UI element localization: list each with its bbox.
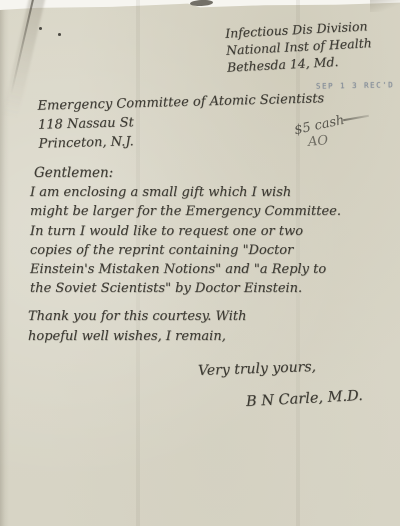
body-line: Thank you for this courtesy. With — [28, 307, 246, 327]
body-line: Einstein's Mistaken Notions" and "a Repl… — [30, 260, 341, 279]
body-line: copies of the reprint containing "Doctor — [30, 241, 341, 260]
staple-hole — [39, 27, 42, 30]
received-date-stamp: SEP 1 3 REC'D — [316, 80, 394, 90]
scanned-letter: Infectious Dis Division National Inst of… — [0, 0, 400, 526]
body-line: hopeful well wishes, I remain, — [28, 327, 246, 347]
sender-address-block: Infectious Dis Division National Inst of… — [225, 17, 373, 76]
body-line: might be larger for the Emergency Commit… — [30, 202, 341, 221]
staple-hole — [58, 33, 61, 36]
recipient-address-block: Emergency Committee of Atomic Scientists… — [37, 89, 325, 153]
body-paragraph-2: Thank you for this courtesy. With hopefu… — [28, 307, 246, 346]
body-line: the Soviet Scientists" by Doctor Einstei… — [30, 279, 341, 298]
body-line: In turn I would like to request one or t… — [30, 222, 341, 241]
body-paragraph-1: I am enclosing a small gift which I wish… — [30, 183, 341, 299]
body-line: I am enclosing a small gift which I wish — [30, 183, 341, 202]
tear-mark — [190, 0, 213, 7]
corner-shade — [370, 0, 400, 12]
salutation: Gentlemen: — [34, 165, 113, 181]
